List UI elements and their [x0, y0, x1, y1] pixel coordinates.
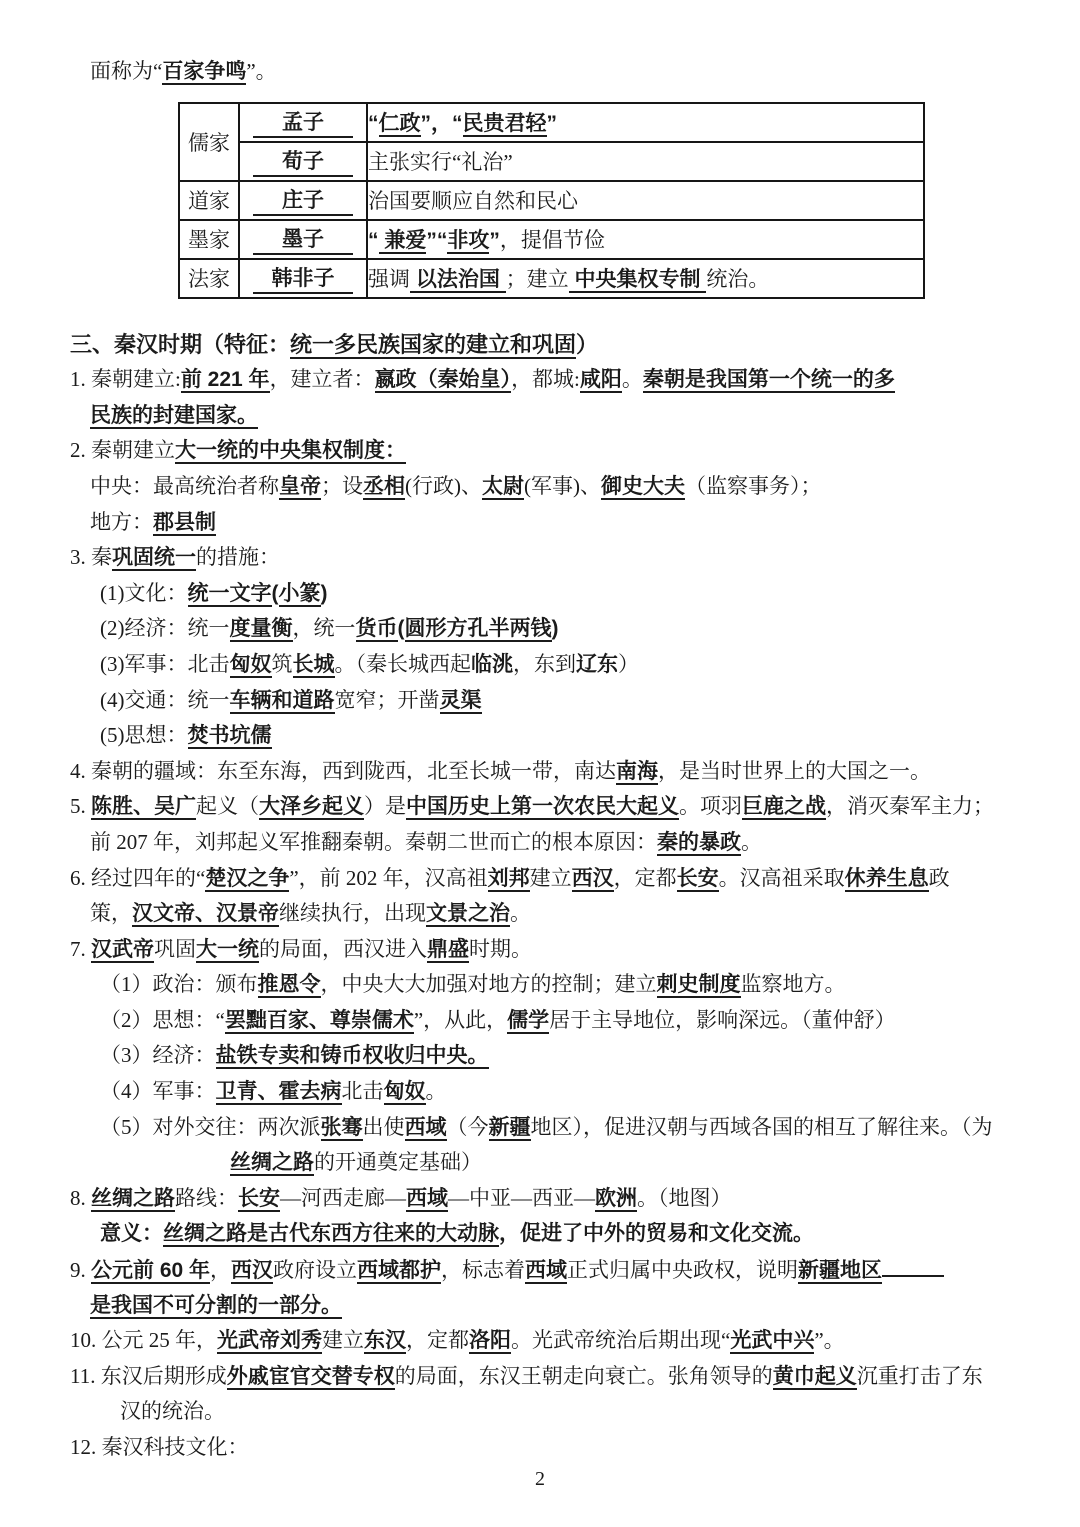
page-number: 2	[0, 1468, 1080, 1491]
text-segment: 辽东	[576, 653, 618, 676]
text-line: (2)经济：统一度量衡，统一货币(圆形方孔半两钱)	[0, 611, 1080, 647]
text-segment: 休养生息	[845, 867, 929, 892]
text-segment: 政	[929, 866, 950, 890]
text-segment: 新疆	[489, 1116, 531, 1141]
text-segment: 汉文帝、汉景帝	[132, 902, 279, 927]
text-segment: 5.	[70, 794, 91, 818]
text-segment: 秦的暴政	[657, 831, 741, 856]
text-segment: 西汉	[572, 867, 614, 892]
text-segment: 宽窄；开凿	[335, 688, 440, 712]
text-segment: (1)文化：	[100, 581, 188, 605]
text-segment: 汉的统治。	[120, 1399, 225, 1423]
text-segment: 西域都护	[357, 1259, 441, 1284]
text-segment: ；建立	[506, 267, 569, 291]
document-body: 三、秦汉时期（特征：统一多民族国家的建立和巩固）1. 秦朝建立:前 221 年，…	[0, 327, 1080, 1466]
text-segment: 盐铁专卖和铸币权收归中央。	[216, 1044, 489, 1069]
person-name: 庄子	[253, 184, 353, 216]
text-segment: —河西走廊—	[280, 1186, 406, 1210]
text-segment: ，统一	[293, 616, 356, 640]
text-segment: 南海	[616, 760, 658, 785]
text-segment: 12. 秦汉科技文化：	[70, 1435, 249, 1459]
text-segment: 中央：最高统治者称	[90, 474, 279, 498]
text-segment: 居于主导地位，影响深远。（董仲舒）	[549, 1008, 896, 1032]
text-segment: 的局面，西汉进入	[259, 937, 427, 961]
text-segment: ”	[547, 112, 558, 135]
doctrine-cell: “仁政”，“民贵君轻”	[367, 103, 924, 142]
doctrine-cell: 强调 以法治国 ；建立 中央集权专制 统治。	[367, 259, 924, 298]
text-segment: ”“	[426, 229, 447, 252]
text-segment: 小篆	[279, 582, 321, 607]
text-segment: （3）经济：	[100, 1043, 216, 1067]
text-segment: 公元前 60 年	[91, 1259, 210, 1284]
text-segment: ”。	[814, 1328, 844, 1352]
text-segment: 地区），促进汉朝与西域各国的相互了解往来。（为	[531, 1115, 993, 1139]
text-segment: 强调	[368, 267, 410, 291]
text-segment: ，都城:	[511, 367, 580, 391]
text-segment: 西域	[406, 1187, 448, 1212]
text-segment: 卫青、霍去病	[216, 1080, 342, 1105]
text-segment: 统治。	[706, 267, 769, 291]
text-segment: 前 207 年，刘邦起义军推翻秦朝。秦朝二世而亡的根本原因：	[90, 830, 657, 854]
text-segment: ”	[489, 229, 500, 252]
text-segment: ，东到	[513, 652, 576, 676]
text-segment: 统一多民族国家的建立和巩固	[290, 332, 576, 359]
text-segment: 的开通奠定基础）	[314, 1150, 482, 1174]
text-segment: （今	[447, 1115, 489, 1139]
text-segment: 巩固统一	[112, 546, 196, 571]
text-segment: —中亚—西亚—	[448, 1186, 595, 1210]
text-line: 2. 秦朝建立大一统的中央集权制度：	[0, 433, 1080, 469]
text-segment: 咸阳	[580, 368, 622, 393]
text-segment: )	[552, 617, 559, 640]
text-segment: 百家争鸣	[162, 60, 246, 85]
text-line: 11. 东汉后期形成外戚宦官交替专权的局面，东汉王朝走向衰亡。张角领导的黄巾起义…	[0, 1359, 1080, 1395]
doctrine-cell: 主张实行“礼治”	[367, 142, 924, 181]
text-segment: 面称为“	[90, 59, 162, 83]
text-segment: 太尉	[482, 475, 524, 500]
text-segment: 8.	[70, 1186, 91, 1210]
text-line: （2）思想：“罢黜百家、尊崇儒术”，从此，儒学居于主导地位，影响深远。（董仲舒）	[0, 1003, 1080, 1039]
intro-line: 面称为“百家争鸣”。	[0, 54, 1080, 90]
text-segment: 长安	[238, 1187, 280, 1212]
text-segment: 西域	[405, 1116, 447, 1141]
text-line: 7. 汉武帝巩固大一统的局面，西汉进入鼎盛时期。	[0, 932, 1080, 968]
text-line: 地方：郡县制	[0, 505, 1080, 541]
philosophers-table-body: 儒家孟子“仁政”，“民贵君轻”荀子主张实行“礼治”道家庄子治国要顺应自然和民心墨…	[179, 103, 924, 298]
text-segment: 大一统的中央集权制度：	[175, 439, 406, 464]
person-cell: 墨子	[239, 220, 367, 259]
text-segment: 。	[510, 901, 531, 925]
text-segment: 。项羽	[679, 794, 742, 818]
text-segment: 。汉高祖采取	[719, 866, 845, 890]
text-segment: ”，从此，	[414, 1008, 507, 1032]
text-segment: 大泽乡起义	[259, 795, 364, 820]
text-segment: 9.	[70, 1258, 91, 1282]
text-segment: 秦朝是我国第一个统一的多	[643, 368, 895, 393]
text-segment: 中国历史上第一次农民大起义	[406, 795, 679, 820]
text-segment: 起义（	[196, 794, 259, 818]
text-segment: 罢黜百家、尊崇儒术	[225, 1009, 414, 1034]
text-line: 9. 公元前 60 年，西汉政府设立西域都护，标志着西域正式归属中央政权，说明新…	[0, 1252, 1080, 1288]
text-segment: 嬴政（秦始皇）	[375, 368, 512, 393]
text-line: 丝绸之路的开通奠定基础）	[0, 1145, 1080, 1181]
text-segment: 丞相	[363, 475, 405, 500]
text-segment: 刘邦	[488, 867, 530, 892]
text-segment: )	[321, 582, 328, 605]
person-cell: 韩非子	[239, 259, 367, 298]
text-segment: 车辆和道路	[230, 689, 335, 714]
text-segment: 2. 秦朝建立	[70, 438, 175, 462]
table-row: 儒家孟子“仁政”，“民贵君轻”	[179, 103, 924, 142]
text-segment: 意义：	[100, 1222, 163, 1245]
text-segment: ）	[618, 652, 639, 676]
text-segment: 非攻	[447, 229, 489, 254]
text-segment: 6. 经过四年的“	[70, 866, 205, 890]
text-segment: 光武帝刘秀	[217, 1329, 322, 1354]
text-segment: (2)经济：统一	[100, 616, 230, 640]
text-segment: 路线：	[175, 1186, 238, 1210]
text-line: 策，汉文帝、汉景帝继续执行，出现文景之治。	[0, 896, 1080, 932]
person-name: 墨子	[253, 223, 353, 255]
text-segment: ，标志着	[441, 1258, 525, 1282]
text-line: 民族的封建国家。	[0, 398, 1080, 434]
text-segment: 建立	[530, 866, 572, 890]
text-segment: ，中央大大加强对地方的控制；建立	[321, 972, 657, 996]
text-segment: （5）对外交往：两次派	[100, 1115, 321, 1139]
text-segment: 民族的封建国家。	[90, 404, 258, 429]
text-segment: 丝绸之路是古代东西方往来的大动脉	[163, 1222, 499, 1247]
text-segment: ，定都	[614, 866, 677, 890]
text-segment: （2）思想：“	[100, 1008, 225, 1032]
text-segment: 策，	[90, 901, 132, 925]
text-segment: ”。	[246, 59, 276, 83]
text-segment: 出使	[363, 1115, 405, 1139]
text-segment: 货币	[356, 617, 398, 642]
text-segment: 圆形方孔半两钱	[405, 617, 552, 642]
text-segment: 民贵君轻	[463, 112, 547, 137]
text-segment: ”，前 202 年，汉高祖	[289, 866, 487, 890]
text-segment: 时期。	[469, 937, 532, 961]
text-segment: 。（秦长城西起	[335, 652, 472, 676]
text-segment: 的措施：	[196, 545, 280, 569]
text-segment: 东汉	[364, 1329, 406, 1354]
school-cell: 道家	[179, 181, 239, 220]
text-line: 6. 经过四年的“楚汉之争”，前 202 年，汉高祖刘邦建立西汉，定都长安。汉高…	[0, 861, 1080, 897]
text-segment: ）是	[364, 794, 406, 818]
text-segment: 3. 秦	[70, 545, 112, 569]
text-segment: 4. 秦朝的疆域：东至东海，西到陇西，北至长城一带，南达	[70, 759, 616, 783]
text-segment: (5)思想：	[100, 723, 188, 747]
text-segment: 御史大夫	[601, 475, 685, 500]
text-segment: 外戚宦官交替专权	[227, 1365, 395, 1390]
text-segment: （监察事务）；	[685, 474, 822, 498]
text-segment: 丝绸之路	[91, 1187, 175, 1212]
text-segment: 西汉	[231, 1259, 273, 1284]
table-row: 荀子主张实行“礼治”	[179, 142, 924, 181]
text-segment: 前 221 年	[181, 368, 270, 393]
text-segment: 地方：	[90, 510, 153, 534]
person-name: 孟子	[253, 106, 353, 138]
text-segment: 三、秦汉时期（特征：	[70, 332, 290, 357]
text-segment: 北击	[342, 1079, 384, 1103]
text-segment: 是我国不可分割的一部分。	[90, 1294, 342, 1319]
text-segment: 继续执行，出现	[279, 901, 426, 925]
text-segment: 张骞	[321, 1116, 363, 1141]
text-segment: 11. 东汉后期形成	[70, 1364, 227, 1388]
text-segment: 皇帝	[279, 475, 321, 500]
text-segment: 中央集权专制	[569, 268, 707, 293]
text-segment: (	[272, 582, 279, 605]
text-segment: 监察地方。	[741, 972, 846, 996]
text-segment: 沉重打击了东	[857, 1364, 983, 1388]
text-line: (5)思想：焚书坑儒	[0, 718, 1080, 754]
text-segment: “	[368, 112, 379, 135]
philosophers-table: 儒家孟子“仁政”，“民贵君轻”荀子主张实行“礼治”道家庄子治国要顺应自然和民心墨…	[178, 102, 925, 299]
text-segment: ，提倡节俭	[500, 228, 605, 252]
text-line: 12. 秦汉科技文化：	[0, 1430, 1080, 1466]
person-cell: 庄子	[239, 181, 367, 220]
text-segment: 统一文字	[188, 582, 272, 607]
table-row: 道家庄子治国要顺应自然和民心	[179, 181, 924, 220]
table-row: 法家韩非子强调 以法治国 ；建立 中央集权专制 统治。	[179, 259, 924, 298]
text-segment: (军事)、	[524, 474, 601, 498]
text-segment: 。（地图）	[637, 1186, 732, 1210]
text-segment: 匈奴	[384, 1080, 426, 1105]
text-segment: 楚汉之争	[205, 867, 289, 892]
text-segment: 治国要顺应自然和民心	[368, 189, 578, 213]
text-line: （5）对外交往：两次派张骞出使西域（今新疆地区），促进汉朝与西域各国的相互了解往…	[0, 1110, 1080, 1146]
text-segment: 匈奴	[230, 653, 272, 678]
person-cell: 荀子	[239, 142, 367, 181]
text-segment: 刺史制度	[657, 973, 741, 998]
text-segment: 临洮	[471, 653, 513, 676]
text-segment: 巨鹿之战	[742, 795, 826, 820]
text-line: 意义：丝绸之路是古代东西方往来的大动脉，促进了中外的贸易和文化交流。	[0, 1216, 1080, 1252]
text-line: 8. 丝绸之路路线：长安—河西走廊—西域—中亚—西亚—欧洲。（地图）	[0, 1181, 1080, 1217]
school-cell: 法家	[179, 259, 239, 298]
text-line: 10. 公元 25 年，光武帝刘秀建立东汉，定都洛阳。光武帝统治后期出现“光武中…	[0, 1323, 1080, 1359]
text-line: 前 207 年，刘邦起义军推翻秦朝。秦朝二世而亡的根本原因：秦的暴政。	[0, 825, 1080, 861]
text-line: 中央：最高统治者称皇帝；设丞相(行政)、太尉(军事)、御史大夫（监察事务）；	[0, 469, 1080, 505]
text-segment: 兼爱	[379, 229, 427, 254]
text-segment: 大一统	[196, 938, 259, 963]
text-segment: 光武中兴	[730, 1329, 814, 1354]
text-line: (1)文化：统一文字(小篆)	[0, 576, 1080, 612]
text-segment: 主张实行“礼治”	[368, 150, 513, 174]
text-segment: 长城	[293, 653, 335, 678]
underline-blank	[882, 1252, 944, 1277]
text-line: 3. 秦巩固统一的措施：	[0, 540, 1080, 576]
text-segment: （1）政治：颁布	[100, 972, 258, 996]
text-line: （3）经济：盐铁专卖和铸币权收归中央。	[0, 1038, 1080, 1074]
text-segment: ，	[499, 1222, 520, 1245]
text-segment: ；设	[321, 474, 363, 498]
text-segment: 西域	[525, 1259, 567, 1284]
text-segment: 文景之治	[426, 902, 510, 927]
text-segment: 。	[741, 830, 762, 854]
text-segment: 巩固	[154, 937, 196, 961]
person-name: 荀子	[253, 145, 353, 177]
text-segment: 建立	[322, 1328, 364, 1352]
document-page: 面称为“百家争鸣”。 儒家孟子“仁政”，“民贵君轻”荀子主张实行“礼治”道家庄子…	[0, 0, 1080, 1466]
text-line: （1）政治：颁布推恩令，中央大大加强对地方的控制；建立刺史制度监察地方。	[0, 967, 1080, 1003]
text-segment: ，是当时世界上的大国之一。	[658, 759, 931, 783]
text-segment: 。光武帝统治后期出现“	[511, 1328, 730, 1352]
text-segment: 7.	[70, 937, 91, 961]
text-segment: 促进了中外的贸易和文化交流。	[520, 1222, 814, 1245]
text-segment: ）	[576, 332, 598, 357]
text-segment: 丝绸之路	[230, 1151, 314, 1176]
text-segment: 儒学	[507, 1009, 549, 1034]
text-segment: 。	[622, 367, 643, 391]
text-segment: 焚书坑儒	[188, 724, 272, 749]
text-line: 是我国不可分割的一部分。	[0, 1288, 1080, 1324]
text-segment: ，消灭秦军主力；	[826, 794, 994, 818]
text-segment: 长安	[677, 867, 719, 892]
text-segment: ，	[210, 1258, 231, 1282]
text-segment: (	[398, 617, 405, 640]
text-segment: ，建立者：	[270, 367, 375, 391]
text-segment: “	[368, 229, 379, 252]
text-segment: 正式归属中央政权，说明	[567, 1258, 798, 1282]
text-segment: ，定都	[406, 1328, 469, 1352]
text-segment: 洛阳	[469, 1329, 511, 1354]
text-segment: 推恩令	[258, 973, 321, 998]
text-segment: 鼎盛	[427, 938, 469, 963]
text-segment: (4)交通：统一	[100, 688, 230, 712]
text-segment: 。	[426, 1079, 447, 1103]
text-line: 1. 秦朝建立:前 221 年，建立者：嬴政（秦始皇），都城:咸阳。秦朝是我国第…	[0, 362, 1080, 398]
doctrine-cell: “ 兼爱”“非攻”，提倡节俭	[367, 220, 924, 259]
text-segment: 1. 秦朝建立:	[70, 367, 181, 391]
school-cell: 墨家	[179, 220, 239, 259]
text-segment: (行政)、	[405, 474, 482, 498]
person-name: 韩非子	[253, 262, 353, 294]
text-segment: 的局面，东汉王朝走向衰亡。张角领导的	[395, 1364, 773, 1388]
section-heading: 三、秦汉时期（特征：统一多民族国家的建立和巩固）	[0, 327, 1080, 363]
text-segment: 灵渠	[440, 689, 482, 714]
text-segment: 政府设立	[273, 1258, 357, 1282]
text-segment: 新疆地区	[798, 1259, 882, 1284]
text-segment: （4）军事：	[100, 1079, 216, 1103]
doctrine-cell: 治国要顺应自然和民心	[367, 181, 924, 220]
table-row: 墨家墨子“ 兼爱”“非攻”，提倡节俭	[179, 220, 924, 259]
text-segment: 欧洲	[595, 1187, 637, 1212]
text-segment: 筑	[272, 652, 293, 676]
school-cell: 儒家	[179, 103, 239, 181]
text-segment: 仁政	[379, 112, 421, 137]
text-line: 5. 陈胜、吴广起义（大泽乡起义）是中国历史上第一次农民大起义。项羽巨鹿之战，消…	[0, 789, 1080, 825]
text-segment: 汉武帝	[91, 938, 154, 963]
text-segment: 郡县制	[153, 511, 216, 536]
text-segment: 度量衡	[230, 617, 293, 642]
text-segment: ”，“	[421, 112, 463, 135]
text-line: (3)军事：北击匈奴筑长城。（秦长城西起临洮，东到辽东）	[0, 647, 1080, 683]
text-line: 4. 秦朝的疆域：东至东海，西到陇西，北至长城一带，南达南海，是当时世界上的大国…	[0, 754, 1080, 790]
person-cell: 孟子	[239, 103, 367, 142]
text-line: (4)交通：统一车辆和道路宽窄；开凿灵渠	[0, 683, 1080, 719]
text-segment: 陈胜、吴广	[91, 795, 196, 820]
text-line: 汉的统治。	[0, 1394, 1080, 1430]
text-segment: 10. 公元 25 年，	[70, 1328, 217, 1352]
text-segment: 黄巾起义	[773, 1365, 857, 1390]
text-segment: (3)军事：北击	[100, 652, 230, 676]
text-segment: 以法治国	[410, 268, 506, 293]
text-line: （4）军事：卫青、霍去病北击匈奴。	[0, 1074, 1080, 1110]
